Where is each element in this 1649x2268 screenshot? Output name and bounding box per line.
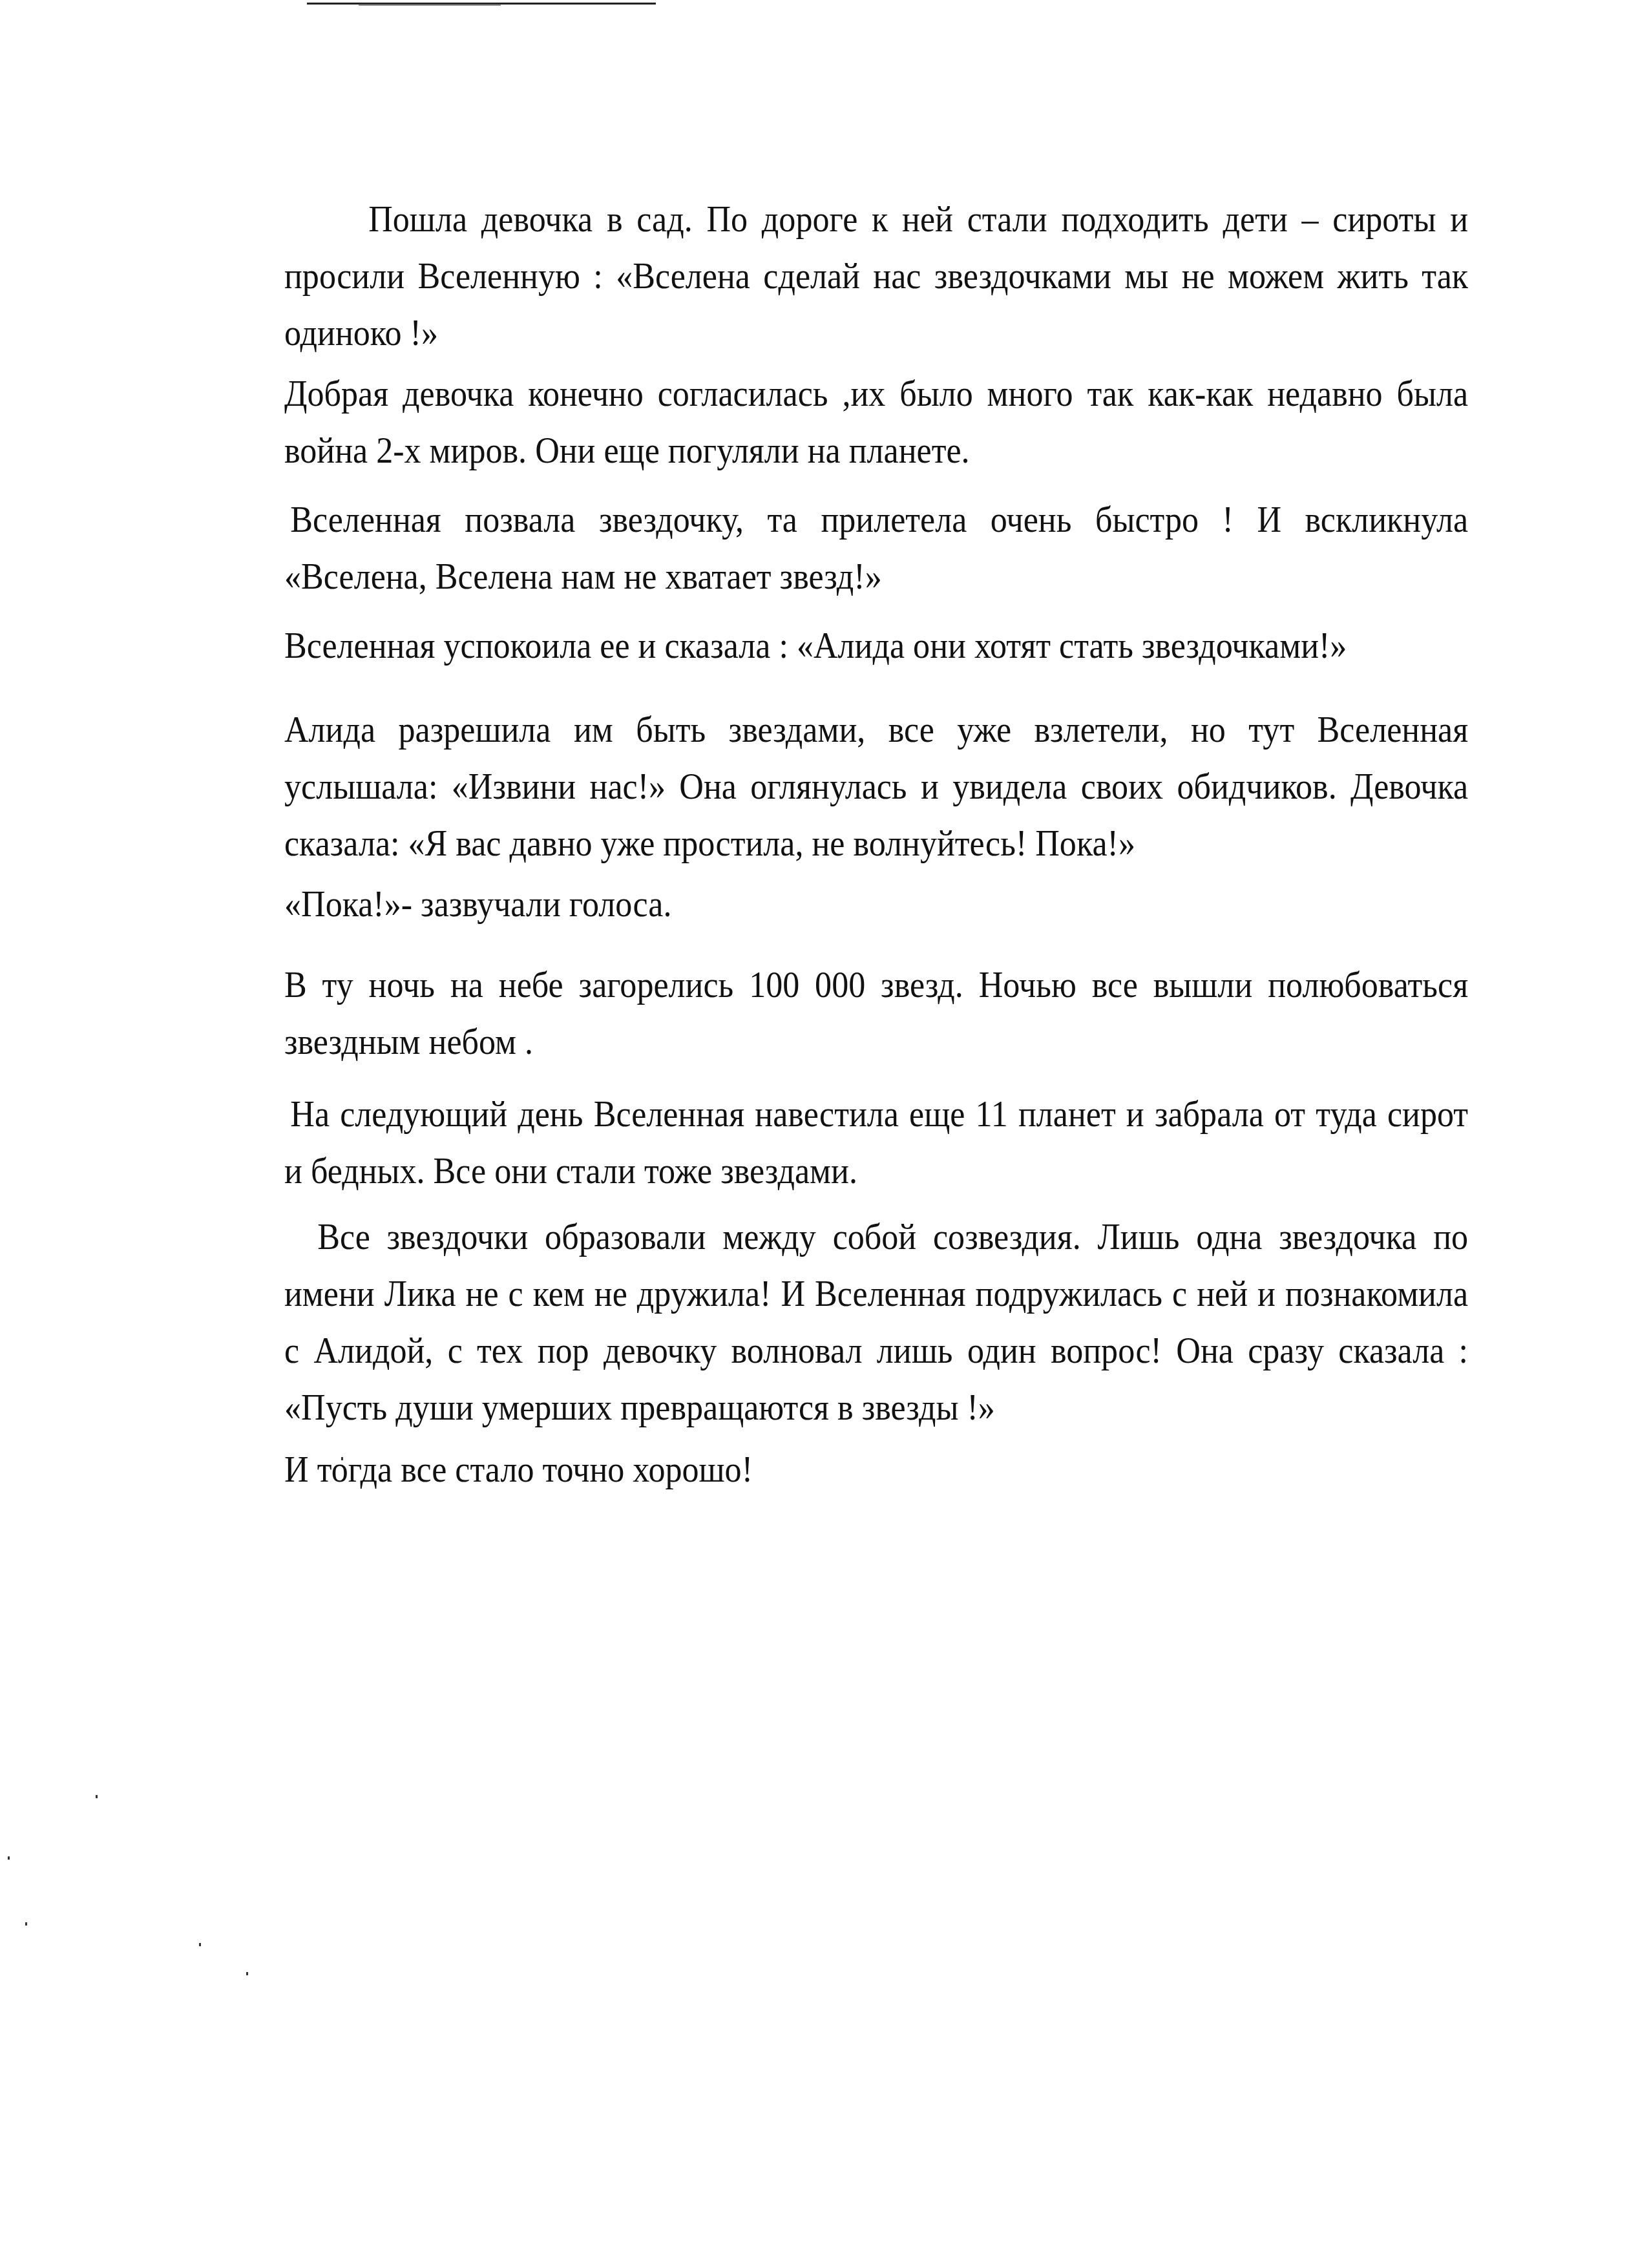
paragraph-5: Алида разрешила им быть звездами, все уж…	[284, 702, 1468, 872]
scan-speck	[341, 1457, 343, 1460]
paragraph-1: Пошла девочка в сад. По дороге к ней ста…	[284, 191, 1468, 362]
paragraph-7: В ту ночь на небе загорелись 100 000 зве…	[284, 957, 1468, 1071]
paragraph-4: Вселенная успокоила ее и сказала : «Алид…	[284, 618, 1468, 675]
paragraph-9: Все звездочки образовали между собой соз…	[284, 1209, 1468, 1436]
scan-speck	[8, 1856, 10, 1860]
paragraph-3: Вселенная позвала звездочку, та прилетел…	[284, 492, 1468, 605]
paragraph-2: Добрая девочка конечно согласилась ,их б…	[284, 366, 1468, 479]
scan-speck	[25, 1922, 27, 1926]
scan-artifact-top-line-2	[359, 4, 501, 6]
paragraph-8: На следующий день Вселенная навестила ещ…	[284, 1086, 1468, 1200]
paragraph-10: И тогда все стало точно хорошо!	[284, 1442, 1468, 1498]
scan-speck	[199, 1943, 201, 1946]
scan-speck	[96, 1795, 98, 1798]
scan-speck	[246, 1972, 248, 1975]
paragraph-6: «Пока!»- зазвучали голоса.	[284, 876, 1468, 933]
